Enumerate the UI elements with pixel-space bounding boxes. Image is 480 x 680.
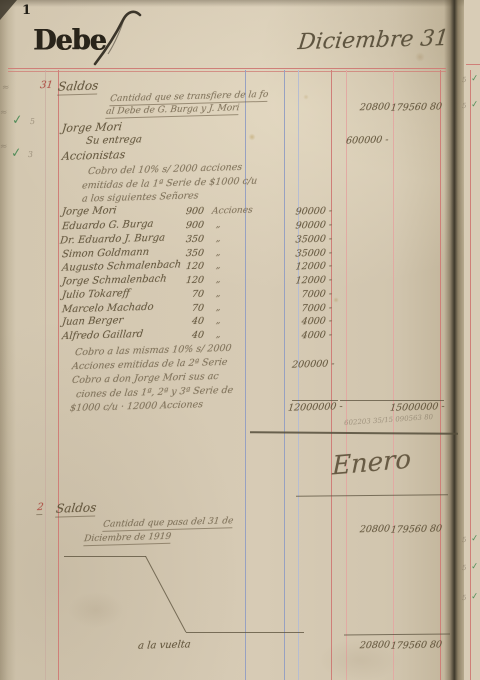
shareholder-name: Julio Tokareff bbox=[61, 288, 130, 301]
shareholder-unit: „ bbox=[215, 303, 221, 313]
shareholder-row: Jorge Schmalenbach 120 „ 12000 - bbox=[0, 275, 480, 289]
pencil-mark: 3 bbox=[28, 150, 34, 159]
shareholder-shares: 70 bbox=[177, 289, 204, 301]
header-rule-top bbox=[8, 68, 446, 69]
column-rule-pink-2 bbox=[393, 70, 394, 680]
shareholder-name: Dr. Eduardo J. Burga bbox=[59, 233, 165, 247]
bracket-line-bottom bbox=[186, 632, 304, 633]
cobro-paragraph-line1: Cobro del 10% s/ 2000 acciones bbox=[87, 162, 242, 177]
shareholder-amount: 90000 - bbox=[291, 205, 332, 217]
green-check-icon: ✓ bbox=[10, 145, 22, 161]
month-underline bbox=[296, 494, 448, 497]
second-block-line2: Acciones emitidas de la 2ª Serie bbox=[71, 357, 228, 372]
saldos-amount-col1: 20800 bbox=[349, 101, 390, 113]
shareholder-unit: „ bbox=[215, 330, 221, 340]
shareholder-unit: „ bbox=[215, 234, 221, 244]
shareholder-unit: „ bbox=[215, 261, 221, 271]
su-entrega-amount: 600000 - bbox=[345, 134, 389, 146]
shareholder-amount: 12000 - bbox=[291, 260, 332, 272]
account-accionistas: Accionistas bbox=[61, 148, 126, 163]
shareholder-name: Marcelo Machado bbox=[61, 302, 154, 316]
shareholder-row: Juan Berger 40 „ 4000 - bbox=[0, 316, 480, 330]
second-block-line3: Cobro a don Jorge Mori sus ac bbox=[71, 371, 219, 386]
shareholder-unit: „ bbox=[215, 316, 221, 326]
shareholder-name: Juan Berger bbox=[61, 315, 123, 328]
page-number: 1 bbox=[22, 3, 31, 18]
bracket-line-top bbox=[64, 556, 146, 557]
header-rule-bottom bbox=[8, 71, 446, 72]
column-rule-red-2 bbox=[440, 70, 441, 680]
shareholder-name: Simon Goldmann bbox=[61, 247, 149, 260]
saldos-bottom-note-line1: Cantidad que pasa del 31 de bbox=[102, 516, 234, 532]
page-corner-curl bbox=[0, 0, 17, 20]
shareholder-shares: 120 bbox=[177, 261, 204, 273]
cobro-paragraph-line3: a los siguientes Señores bbox=[81, 190, 199, 204]
cobro-paragraph-line2: emitidas de la 1ª Serie de $1000 c/u bbox=[81, 176, 257, 192]
green-check-icon: ✓ bbox=[470, 74, 479, 85]
margin-rule-red bbox=[58, 70, 59, 680]
shareholder-row: Augusto Schmalenbach 120 „ 12000 - bbox=[0, 261, 480, 275]
shareholder-name: Alfredo Gaillard bbox=[61, 329, 143, 342]
shareholder-unit: Acciones bbox=[211, 205, 253, 216]
saldos-title-bottom: Saldos bbox=[55, 500, 97, 517]
shareholder-unit: „ bbox=[215, 289, 221, 299]
green-check-icon: ✓ bbox=[470, 562, 479, 573]
column-rule-red-1 bbox=[331, 70, 332, 680]
shareholder-amount: 90000 - bbox=[291, 219, 332, 231]
shareholder-amount: 7000 - bbox=[291, 302, 332, 314]
entry-day-31: 31 bbox=[39, 80, 53, 91]
shareholder-row: Jorge Mori 900 Acciones 90000 - bbox=[0, 206, 480, 220]
pencil-edge-scribble: ≈ bbox=[0, 142, 8, 153]
shareholder-amount: 4000 - bbox=[291, 315, 332, 327]
shareholder-row: Simon Goldmann 350 „ 35000 - bbox=[0, 248, 480, 262]
shareholder-row: Alfredo Gaillard 40 „ 4000 - bbox=[0, 330, 480, 344]
total-amount-col1: 12000000 - bbox=[287, 401, 338, 413]
shareholder-row: Julio Tokareff 70 „ 7000 - bbox=[0, 289, 480, 303]
shareholder-row: Dr. Eduardo J. Burga 350 „ 35000 - bbox=[0, 234, 480, 248]
shareholder-shares: 900 bbox=[177, 206, 204, 218]
second-block-line4: ciones de las 1ª, 2ª y 3ª Serie de bbox=[75, 385, 233, 400]
saldos-bottom-amount-col1: 20800 bbox=[349, 523, 390, 535]
shareholder-shares: 40 bbox=[177, 316, 204, 328]
second-block-line1: Cobro a las mismas 10% s/ 2000 bbox=[74, 343, 232, 358]
account-su-entrega: Su entrega bbox=[85, 134, 142, 147]
column-rule-pink-1 bbox=[346, 70, 347, 680]
entry-day-2: 2 bbox=[36, 502, 44, 515]
saldos-title-top: Saldos bbox=[57, 78, 99, 95]
carry-forward-label: a la vuelta bbox=[137, 639, 191, 652]
ledger-page: 1 Debe Diciembre 31 31 Saldos Cantidad q… bbox=[0, 0, 480, 680]
page-top-shadow bbox=[0, 0, 480, 7]
pencil-mark: 5 bbox=[462, 102, 467, 110]
account-jorge-mori: Jorge Mori bbox=[61, 120, 122, 135]
pencil-mark: 5 bbox=[462, 536, 467, 544]
saldos-amount-col2: 179560 80 bbox=[389, 101, 442, 113]
shareholder-name: Augusto Schmalenbach bbox=[61, 259, 181, 273]
shareholder-shares: 70 bbox=[177, 303, 204, 315]
shareholder-unit: „ bbox=[215, 275, 221, 285]
shareholder-amount: 35000 - bbox=[291, 233, 332, 245]
second-block-amount: 200000 - bbox=[291, 358, 332, 370]
next-page-column-rule bbox=[470, 70, 471, 680]
shareholder-name: Jorge Schmalenbach bbox=[61, 274, 167, 288]
month-title: Enero bbox=[332, 444, 411, 481]
shareholder-shares: 40 bbox=[177, 330, 204, 342]
pencil-mark: 5 bbox=[462, 594, 467, 602]
column-rule-blue-1 bbox=[245, 70, 246, 680]
column-rule-blue-3 bbox=[298, 70, 299, 680]
second-block-line5: $1000 c/u · 12000 Acciones bbox=[69, 399, 203, 414]
green-check-icon: ✓ bbox=[470, 534, 479, 545]
shareholder-amount: 4000 - bbox=[291, 329, 332, 341]
green-check-icon: ✓ bbox=[470, 100, 479, 111]
shareholder-shares: 350 bbox=[177, 234, 204, 246]
margin-rule-gray bbox=[45, 70, 46, 680]
saldos-note-line2: al Debe de G. Burga y J. Mori bbox=[105, 103, 240, 119]
footer-overline bbox=[344, 633, 450, 635]
pencil-mark: 5 bbox=[462, 76, 467, 84]
green-check-icon: ✓ bbox=[11, 112, 23, 128]
shareholder-unit: „ bbox=[215, 220, 221, 230]
pencil-mark: 5 bbox=[30, 117, 36, 126]
pencil-edge-scribble: ≈ bbox=[2, 83, 10, 94]
shareholder-shares: 350 bbox=[177, 248, 204, 260]
next-page-header-rule bbox=[466, 64, 480, 65]
shareholder-shares: 900 bbox=[177, 220, 204, 232]
saldos-bottom-note-line2: Diciembre de 1919 bbox=[83, 532, 171, 546]
shareholder-amount: 12000 - bbox=[291, 274, 332, 286]
footer-amount-col1: 20800 bbox=[349, 639, 390, 651]
saldos-bottom-amount-col2: 179560 80 bbox=[389, 523, 442, 535]
total-amount-col2: 15000000 - bbox=[389, 401, 442, 413]
shareholder-amount: 35000 - bbox=[291, 247, 332, 259]
green-check-icon: ✓ bbox=[470, 592, 479, 603]
closing-rule bbox=[250, 431, 458, 434]
shareholder-name: Eduardo G. Burga bbox=[61, 219, 154, 233]
shareholder-shares: 120 bbox=[177, 275, 204, 287]
header-date: Diciembre 31 bbox=[297, 26, 450, 55]
shareholder-unit: „ bbox=[215, 248, 221, 258]
pencil-total-note: 602203 35/15 090563 80 bbox=[344, 413, 434, 427]
header-flourish-stroke bbox=[90, 7, 148, 67]
shareholder-row: Eduardo G. Burga 900 „ 90000 - bbox=[0, 220, 480, 234]
shareholder-amount: 7000 - bbox=[291, 288, 332, 300]
shareholder-row: Marcelo Machado 70 „ 7000 - bbox=[0, 303, 480, 317]
pencil-edge-scribble: ≈ bbox=[0, 108, 8, 119]
shareholder-name: Jorge Mori bbox=[61, 205, 117, 218]
footer-amount-col2: 179560 80 bbox=[389, 639, 442, 651]
column-rule-blue-2 bbox=[284, 70, 285, 680]
bracket-line-diagonal bbox=[145, 556, 186, 632]
pencil-mark: 5 bbox=[462, 564, 467, 572]
